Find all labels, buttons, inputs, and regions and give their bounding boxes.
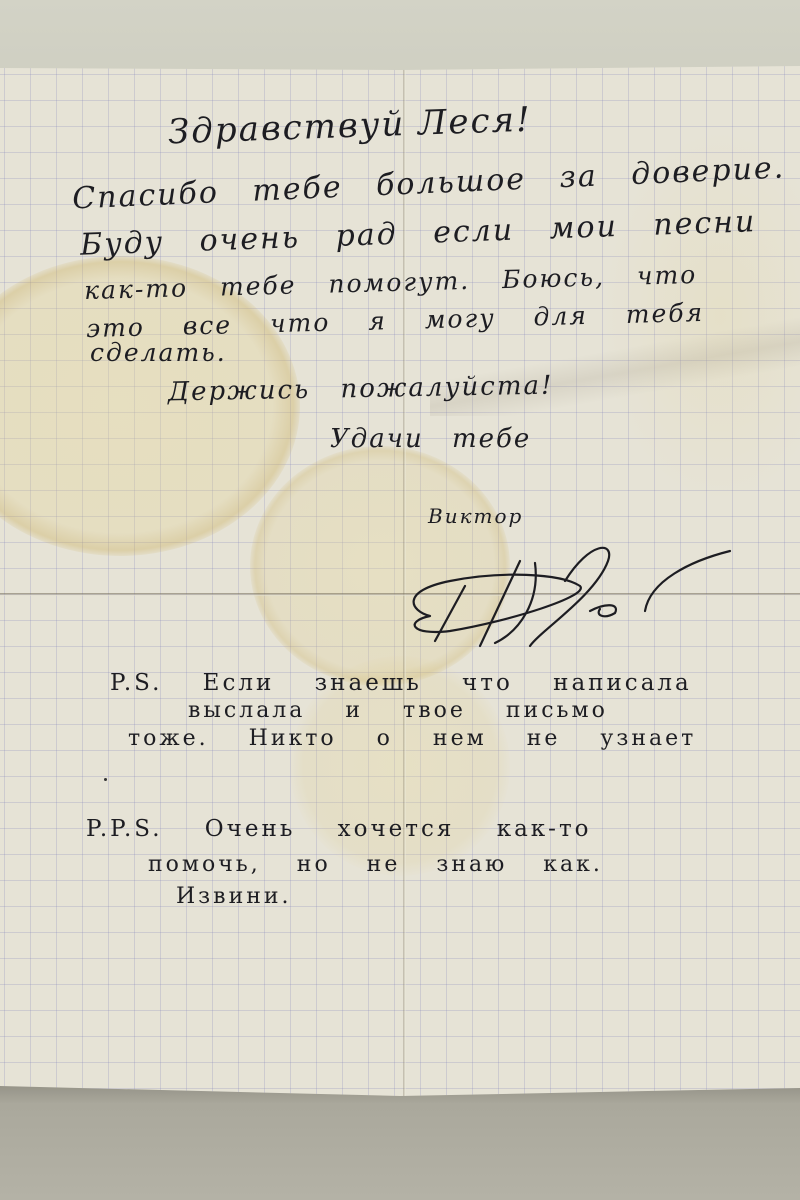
handwritten-signature: [390, 521, 750, 651]
pps-line: Извини.: [176, 884, 292, 909]
ps-line: выслала и твое письмо: [188, 698, 608, 723]
body-line: сделать.: [90, 338, 227, 367]
ps-line: P.S. Если знаешь что написала: [110, 670, 692, 696]
body-line: Буду очень рад если мои песни: [80, 204, 757, 263]
leather-surface-bottom: [0, 1080, 800, 1200]
ink-dot: [104, 778, 107, 781]
greeting: Здравствуй Леся!: [167, 100, 532, 153]
pps-line: помочь, но не знаю как.: [148, 852, 603, 877]
body-line: как-то тебе помогут. Боюсь, что: [84, 260, 698, 305]
ps-line: тоже. Никто о нем не узнает: [128, 726, 696, 751]
closing: Удачи тебе: [330, 424, 531, 454]
pps-line: P.P.S. Очень хочется как-то: [86, 816, 592, 842]
letter-paper: Здравствуй Леся! Спасибо тебе большое за…: [0, 66, 800, 1096]
